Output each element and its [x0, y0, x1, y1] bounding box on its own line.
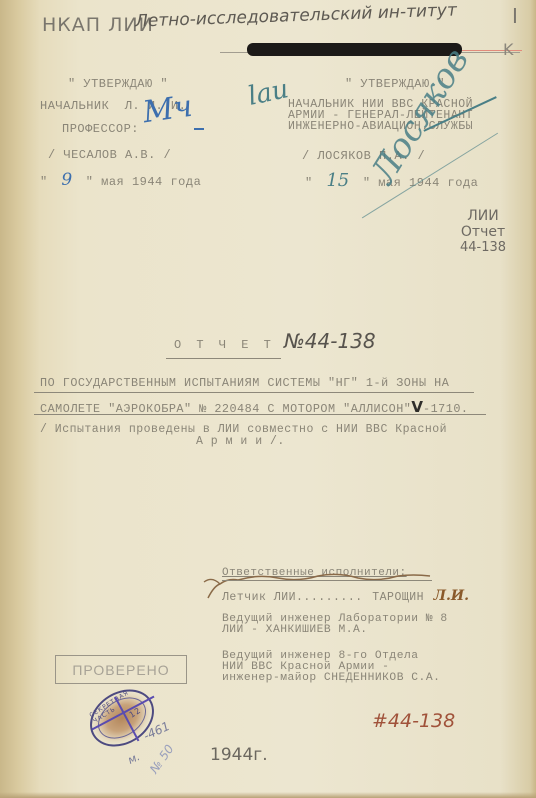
- redaction-bar: [247, 43, 462, 56]
- year-handwritten: 1944г.: [210, 745, 268, 765]
- pilot-signature: Л.И.: [434, 588, 469, 604]
- pilot-name: ТАРОЩИН: [372, 591, 424, 604]
- report-title: О Т Ч Е Т: [174, 339, 275, 351]
- engineer2-line1: Ведущий инженер 8-го Отдела: [222, 651, 419, 661]
- responsible-underline: [222, 580, 432, 581]
- pilot-label: Летчик ЛИИ.........: [222, 591, 363, 604]
- report-number-red: #44-138: [372, 710, 455, 732]
- document-page: НКАП ЛИИ Летно-исследовательский ин-титу…: [0, 0, 536, 798]
- report-number-handwritten: №44-138: [284, 329, 376, 353]
- title-underline: [166, 358, 281, 359]
- subject-note-line2: А р м и и /.: [196, 436, 285, 448]
- approval-left-signature-dash: [194, 128, 204, 130]
- corner-mark: K: [503, 40, 514, 59]
- approval-left-signature: Мч: [141, 89, 195, 131]
- approval-right-margin-note: lau: [245, 74, 291, 112]
- approval-left-line2: ПРОФЕССОР:: [62, 123, 139, 135]
- verified-stamp: ПРОВЕРЕНО: [55, 655, 187, 684]
- pencil-prefix: м.: [126, 750, 142, 767]
- pencil-number-2: № 50: [147, 742, 177, 776]
- date-open-quote: ": [305, 176, 313, 190]
- archive-note-line3: 44-138: [460, 240, 506, 256]
- engineer1-line2: ЛИИ - ХАНКИШИЕВ М.А.: [222, 625, 368, 635]
- subject-underline2: [34, 414, 486, 415]
- engineer2-line2: НИИ ВВС Красной Армии -: [222, 662, 389, 672]
- approval-right-line3: ИНЖЕНЕРНО-АВИАЦИОН.СЛУЖБЫ: [288, 122, 473, 132]
- pilot-row: Летчик ЛИИ......... ТАРОЩИН Л.И.: [222, 587, 469, 605]
- engineer1-line1: Ведущий инженер Лаборатории № 8: [222, 614, 448, 624]
- subject-underline1: [34, 392, 474, 393]
- archive-note-line1: ЛИИ: [460, 208, 506, 224]
- handwritten-institute-name: Летно-исследовательский ин-титут: [135, 0, 457, 31]
- subject-line1: ПО ГОСУДАРСТВЕННЫМ ИСПЫТАНИЯМ СИСТЕМЫ "Н…: [40, 377, 449, 389]
- date-open-quote: ": [40, 175, 48, 189]
- approval-left-name: / ЧЕСАЛОВ А.В. /: [48, 149, 171, 161]
- date-rest: " мая 1944 года: [86, 175, 202, 189]
- approval-left-date: " 9 " мая 1944 года: [40, 170, 201, 190]
- secret-dept-seal: СЕКРЕТНАЯ ЧАСТЬ 12: [79, 678, 164, 758]
- verified-stamp-text: ПРОВЕРЕНО: [72, 662, 169, 678]
- date-day-handwritten: 9: [57, 170, 76, 190]
- approval-left-heading: " УТВЕРЖДАЮ ": [68, 78, 168, 90]
- page-mark: I: [512, 4, 518, 28]
- archive-note: ЛИИ Отчет 44-138: [460, 208, 506, 256]
- date-day-handwritten: 15: [322, 170, 353, 191]
- archive-note-line2: Отчет: [460, 224, 506, 240]
- engineer2-line3: инженер-майор СНЕДЕННИКОВ С.А.: [222, 673, 440, 683]
